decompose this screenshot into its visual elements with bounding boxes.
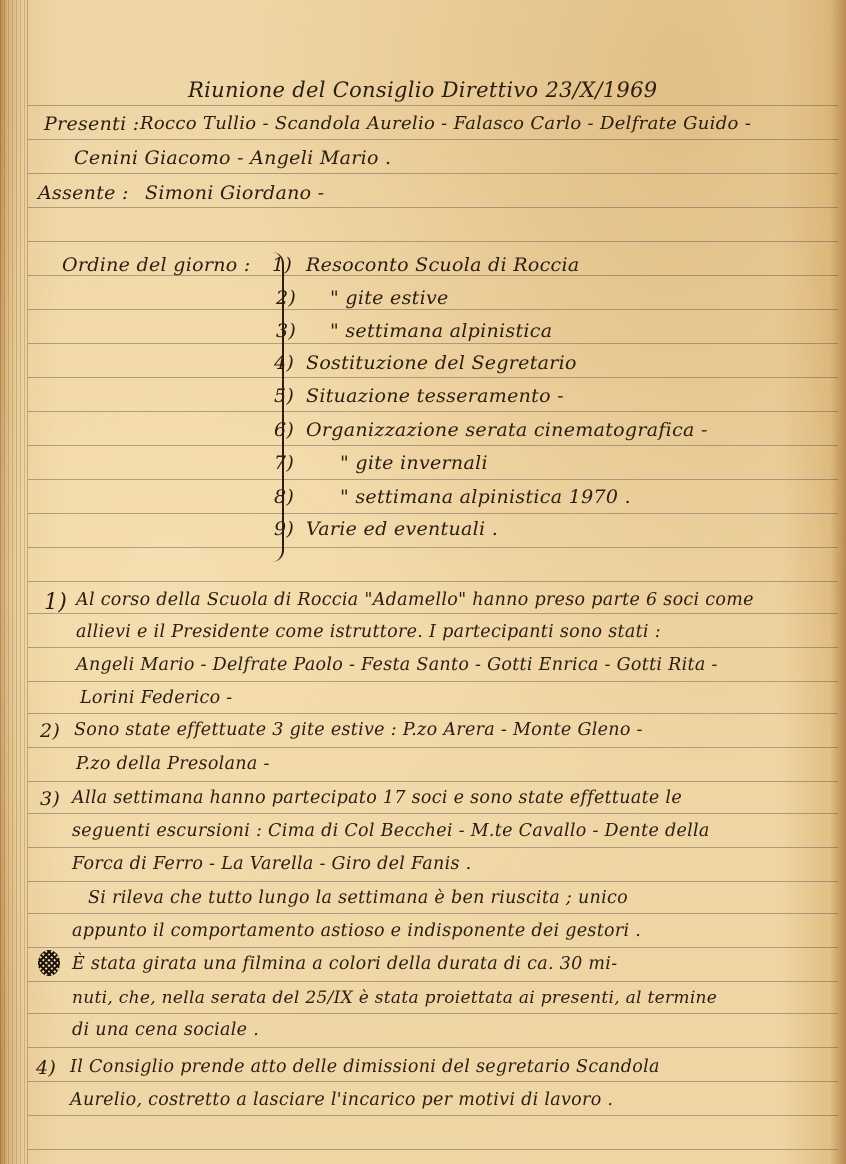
ruled-line bbox=[28, 1013, 838, 1014]
section-text-line: Forca di Ferro - La Varella - Giro del F… bbox=[72, 854, 471, 874]
ruled-line bbox=[28, 981, 838, 982]
ruled-line bbox=[28, 309, 838, 310]
ruled-line bbox=[28, 1047, 838, 1048]
ruled-line bbox=[28, 747, 838, 748]
section-num: 4) bbox=[36, 1057, 56, 1079]
section-num: 2) bbox=[40, 720, 60, 742]
notebook-binding-edge bbox=[0, 0, 26, 1164]
ruled-line bbox=[28, 139, 838, 140]
presenti-names-line1: Rocco Tullio - Scandola Aurelio - Falasc… bbox=[140, 113, 751, 134]
section-num: 1) bbox=[44, 590, 67, 615]
section-text-line: seguenti escursioni : Cima di Col Becche… bbox=[72, 821, 710, 841]
ruled-line bbox=[28, 613, 838, 614]
section-text-line: Lorini Federico - bbox=[80, 688, 233, 708]
margin-line bbox=[27, 0, 28, 1164]
section-text-line: di una cena sociale . bbox=[72, 1020, 259, 1040]
ruled-line bbox=[28, 479, 838, 480]
ruled-line bbox=[28, 1081, 838, 1082]
agenda-item: Varie ed eventuali . bbox=[306, 518, 498, 540]
agenda-item-num: 8) bbox=[274, 486, 294, 508]
ruled-line bbox=[28, 647, 838, 648]
section-text-line: Il Consiglio prende atto delle dimission… bbox=[70, 1057, 660, 1077]
ruled-line bbox=[28, 411, 838, 412]
agenda-item-num: 4) bbox=[274, 352, 294, 374]
ruled-line bbox=[28, 847, 838, 848]
ruled-line bbox=[28, 207, 838, 208]
agenda-item-num: 7) bbox=[274, 452, 294, 474]
agenda-item: Organizzazione serata cinematografica - bbox=[306, 419, 708, 441]
section-text-line: Aurelio, costretto a lasciare l'incarico… bbox=[70, 1090, 613, 1110]
agenda-item-num: 2) bbox=[276, 287, 296, 309]
ruled-line bbox=[28, 881, 838, 882]
ruled-line bbox=[28, 681, 838, 682]
agenda-item: " gite invernali bbox=[340, 452, 488, 474]
section-text-line: Sono state effettuate 3 gite estive : P.… bbox=[74, 720, 643, 740]
section-text-line: nuti, che, nella serata del 25/IX è stat… bbox=[72, 988, 717, 1008]
section-num: 3) bbox=[40, 788, 60, 810]
agenda-item-num: 9) bbox=[274, 518, 294, 540]
presenti-names-line2: Cenini Giacomo - Angeli Mario . bbox=[74, 147, 391, 169]
agenda-item: Resoconto Scuola di Roccia bbox=[306, 254, 579, 276]
ruled-line bbox=[28, 173, 838, 174]
agenda-item-num: 5) bbox=[274, 385, 294, 407]
ruled-line bbox=[28, 781, 838, 782]
page-title: Riunione del Consiglio Direttivo 23/X/19… bbox=[188, 78, 657, 102]
section-text-line: appunto il comportamento astioso e indis… bbox=[72, 921, 641, 941]
ruled-line bbox=[28, 343, 838, 344]
ruled-line bbox=[28, 581, 838, 582]
assente-label: Assente : bbox=[38, 182, 129, 204]
agenda-item-num: 6) bbox=[274, 419, 294, 441]
ruled-line bbox=[28, 913, 838, 914]
agenda-item: Sostituzione del Segretario bbox=[306, 352, 577, 374]
ruled-line bbox=[28, 713, 838, 714]
ruled-line bbox=[28, 513, 838, 514]
ruled-line bbox=[28, 547, 838, 548]
ruled-line bbox=[28, 1115, 838, 1116]
section-text-line: allievi e il Presidente come istruttore.… bbox=[76, 622, 661, 642]
assente-value: Simoni Giordano - bbox=[145, 182, 324, 204]
ruled-line bbox=[28, 445, 838, 446]
agenda-item: " settimana alpinistica bbox=[330, 320, 552, 342]
section-text-line: Al corso della Scuola di Roccia "Adamell… bbox=[76, 590, 754, 610]
presenti-label: Presenti : bbox=[44, 113, 140, 135]
notebook-page: Riunione del Consiglio Direttivo 23/X/19… bbox=[0, 0, 846, 1164]
section-text-line: P.zo della Presolana - bbox=[76, 754, 270, 774]
ruled-line bbox=[28, 1149, 838, 1150]
section-text-line: Alla settimana hanno partecipato 17 soci… bbox=[72, 788, 682, 808]
agenda-item-num: 3) bbox=[276, 320, 296, 342]
ink-scribble-mark bbox=[38, 950, 60, 976]
section-text-line: Si rileva che tutto lungo la settimana è… bbox=[88, 888, 628, 908]
ruled-line bbox=[28, 241, 838, 242]
agenda-item: " settimana alpinistica 1970 . bbox=[340, 486, 631, 508]
agenda-item: Situazione tesseramento - bbox=[306, 385, 564, 407]
ruled-line bbox=[28, 377, 838, 378]
ruled-line bbox=[28, 947, 838, 948]
agenda-item-num: 1) bbox=[272, 254, 292, 276]
ruled-line bbox=[28, 105, 838, 106]
ruled-line bbox=[28, 813, 838, 814]
agenda-label: Ordine del giorno : bbox=[62, 254, 251, 276]
agenda-item: " gite estive bbox=[330, 287, 449, 309]
section-text-line: È stata girata una filmina a colori dell… bbox=[72, 954, 617, 974]
section-text-line: Angeli Mario - Delfrate Paolo - Festa Sa… bbox=[76, 655, 718, 675]
